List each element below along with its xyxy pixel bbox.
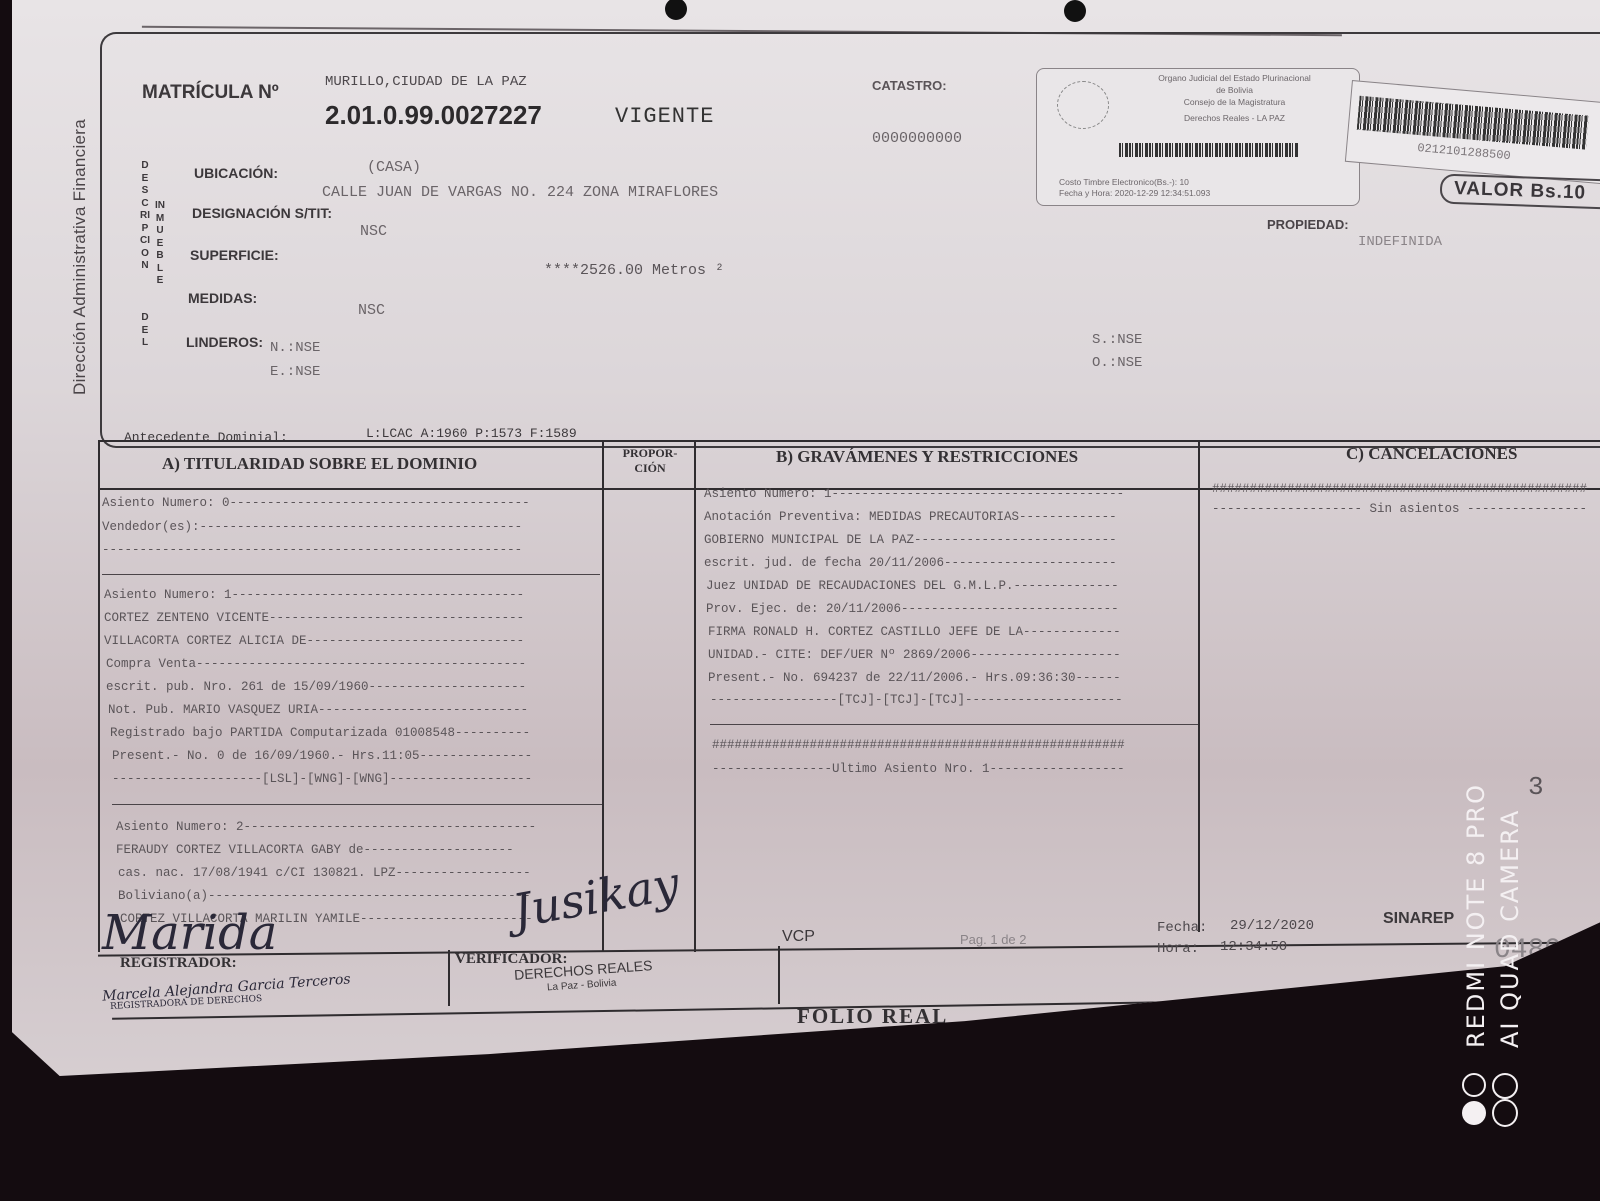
table-row: FERAUDY CORTEZ VILLACORTA GABY de-------…	[116, 843, 602, 857]
table-row: ########################################…	[712, 738, 1198, 752]
table-row: --------------------[LSL]-[WNG]-[WNG]---…	[112, 772, 602, 786]
propiedad-value: INDEFINIDA	[1358, 234, 1442, 250]
entry-divider	[102, 574, 600, 575]
stamp-line: Derechos Reales - LA PAZ	[1117, 113, 1352, 123]
registrador-signature: Marida	[102, 905, 277, 961]
table-row: Prov. Ejec. de: 20/11/2006--------------…	[706, 602, 1198, 616]
column-a-title: A) TITULARIDAD SOBRE EL DOMINIO	[162, 454, 477, 474]
hora-value: 12:34:50	[1220, 939, 1287, 955]
table-row: VILLACORTA CORTEZ ALICIA DE-------------…	[104, 634, 602, 648]
ubicacion-label: UBICACIÓN:	[194, 165, 278, 181]
antecedente-value: L:LCAC A:1960 P:1573 F:1589	[366, 426, 577, 441]
table-row: ########################################…	[1212, 482, 1600, 496]
catastro-label: CATASTRO:	[872, 78, 947, 93]
table-row: escrit. pub. Nro. 261 de 15/09/1960-----…	[106, 680, 602, 694]
table-row: ----------------Ultimo Asiento Nro. 1---…	[712, 762, 1198, 776]
side-label: Dirección Administrativa Financiera	[70, 119, 90, 395]
barcode	[1119, 143, 1299, 157]
lindero-east: E.:NSE	[270, 364, 320, 380]
column-proporcion-title: PROPOR- CIÓN	[610, 446, 690, 476]
table-border	[98, 442, 100, 952]
propiedad-label: PROPIEDAD:	[1267, 217, 1349, 232]
table-row: Asiento Numero: 2-----------------------…	[116, 820, 602, 834]
stamp-datetime: Fecha y Hora: 2020-12-29 12:34:51.093	[1059, 188, 1294, 198]
table-row: Anotación Preventiva: MEDIDAS PRECAUTORI…	[704, 510, 1198, 524]
matricula-number: 2.01.0.99.0027227	[325, 100, 542, 131]
lindero-north: N.:NSE	[270, 340, 320, 356]
table-row: Asiento Numero: 1-----------------------…	[104, 588, 602, 602]
seal-text: La Paz - Bolivia	[547, 978, 617, 994]
barcode	[1357, 96, 1589, 150]
vertical-del-label: DEL	[140, 312, 150, 350]
lindero-south: S.:NSE	[1092, 332, 1142, 348]
table-row: GOBIERNO MUNICIPAL DE LA PAZ------------…	[704, 533, 1198, 547]
superficie-label: SUPERFICIE:	[190, 247, 279, 263]
table-row: Present.- No. 0 de 16/09/1960.- Hrs.11:0…	[112, 749, 602, 763]
table-row: -------------------- Sin asientos ------…	[1212, 502, 1600, 516]
handwritten-mark: 3	[1528, 772, 1544, 802]
sinarep-label: SINAREP	[1383, 910, 1454, 928]
table-row: Registrado bajo PARTIDA Computarizada 01…	[110, 726, 602, 740]
footer-column-divider	[448, 950, 450, 1006]
footer-column-divider	[778, 946, 780, 1004]
vertical-inmueble-label: INMUEBLE	[155, 200, 165, 288]
hora-label: Hora:	[1157, 941, 1199, 957]
logo-ring	[1462, 1073, 1486, 1097]
camera-watermark: AI QUAD CAMERA	[1496, 809, 1524, 1048]
column-c-title: C) CANCELACIONES	[1346, 444, 1517, 464]
table-row: escrit. jud. de fecha 20/11/2006--------…	[704, 556, 1198, 570]
table-row: Compra Venta----------------------------…	[106, 657, 602, 671]
coat-of-arms-icon	[1057, 81, 1109, 129]
ubicacion-type: (CASA)	[367, 159, 421, 176]
medidas-label: MEDIDAS:	[188, 290, 257, 306]
table-row: -----------------[TCJ]-[TCJ]-[TCJ]------…	[710, 693, 1198, 707]
camera-watermark: REDMI NOTE 8 PRO	[1462, 783, 1490, 1048]
registry-table: A) TITULARIDAD SOBRE EL DOMINIO PROPOR- …	[98, 440, 1600, 952]
table-row: Not. Pub. MARIO VASQUEZ URIA------------…	[108, 703, 602, 717]
catastro-value: 0000000000	[872, 130, 962, 147]
vcp-code: VCP	[782, 928, 815, 946]
table-row: cas. nac. 17/08/1941 c/CI 130821. LPZ---…	[118, 866, 602, 880]
logo-ring	[1492, 1099, 1518, 1127]
column-divider	[1198, 442, 1200, 932]
vertical-descripcion-label: DESCRIPCION	[140, 160, 150, 273]
table-row: Vendedor(es):---------------------------…	[102, 520, 600, 534]
designacion-label: DESIGNACIÓN S/TIT:	[192, 205, 332, 221]
column-divider	[694, 442, 696, 952]
stamp-line: Organo Judicial del Estado Plurinacional	[1117, 73, 1352, 83]
superficie-value: ****2526.00 Metros ²	[544, 262, 724, 279]
stamp-cost: Costo Timbre Electronico(Bs.-): 10	[1059, 177, 1294, 187]
column-b-title: B) GRAVÁMENES Y RESTRICCIONES	[776, 447, 1078, 467]
electronic-stamp: Organo Judicial del Estado Plurinacional…	[1036, 68, 1360, 206]
table-row: UNIDAD.- CITE: DEF/UER Nº 2869/2006-----…	[708, 648, 1198, 662]
fecha-value: 29/12/2020	[1230, 918, 1314, 934]
table-row: Juez UNIDAD DE RECAUDACIONES DEL G.M.L.P…	[706, 579, 1198, 593]
stamp-line: de Bolivia	[1117, 85, 1352, 95]
punch-hole	[1064, 0, 1086, 22]
folio-real-title: FOLIO REAL	[797, 1004, 948, 1029]
page-number: Pag. 1 de 2	[960, 932, 1027, 947]
lindero-west: O.:NSE	[1092, 355, 1142, 371]
medidas-value: NSC	[358, 302, 385, 319]
logo-ring	[1492, 1073, 1518, 1099]
form-code: 0212101288500	[1417, 141, 1511, 163]
table-row: CORTEZ ZENTENO VICENTE------------------…	[104, 611, 602, 625]
table-row: ----------------------------------------…	[102, 543, 600, 557]
matricula-label: MATRÍCULA Nº	[142, 82, 279, 104]
stamp-line: Consejo de la Magistratura	[1117, 97, 1352, 107]
previous-page-edge	[142, 0, 1342, 36]
table-row: Asiento Numero: 1-----------------------…	[704, 487, 1198, 501]
entry-divider	[710, 724, 1198, 725]
status: VIGENTE	[615, 104, 714, 129]
linderos-label: LINDEROS:	[186, 334, 263, 350]
designacion-value: NSC	[360, 223, 387, 240]
logo-dot	[1462, 1101, 1486, 1125]
location: MURILLO,CIUDAD DE LA PAZ	[325, 74, 527, 90]
table-row: FIRMA RONALD H. CORTEZ CASTILLO JEFE DE …	[708, 625, 1198, 639]
fecha-label: Fecha:	[1157, 920, 1207, 936]
table-row: Present.- No. 694237 de 22/11/2006.- Hrs…	[708, 671, 1198, 685]
folio-real-document: Dirección Administrativa Financiera MATR…	[12, 0, 1600, 1098]
entry-divider	[112, 804, 602, 805]
ubicacion-address: CALLE JUAN DE VARGAS NO. 224 ZONA MIRAFL…	[322, 184, 718, 201]
table-row: Asiento Numero: 0-----------------------…	[102, 496, 600, 510]
